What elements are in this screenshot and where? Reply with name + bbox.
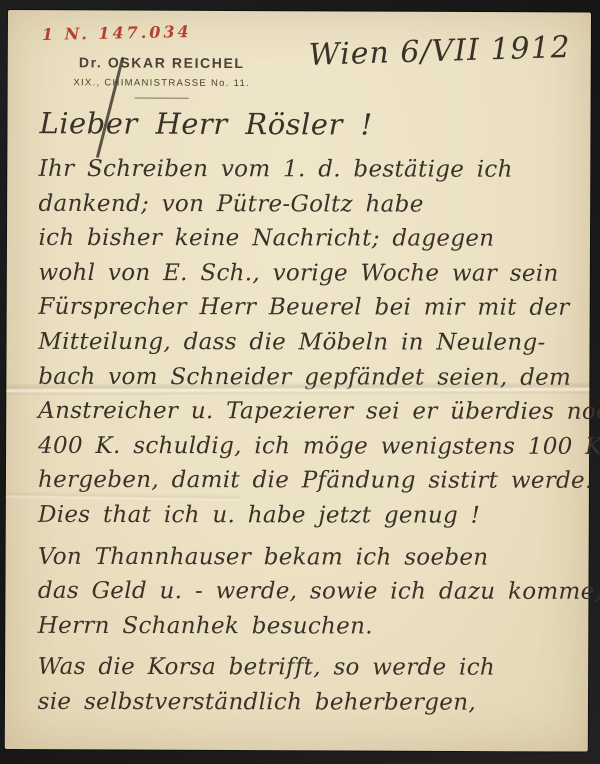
handwritten-line: Anstreicher u. Tapezierer sei er überdie… [38, 394, 590, 430]
handwritten-line: ich bisher keine Nachricht; dagegen [38, 221, 590, 257]
letterhead-rule [135, 98, 189, 99]
handwritten-line: Fürsprecher Herr Beuerel bei mir mit der [38, 290, 590, 326]
letter-body: Ihr Schreiben vom 1. d. bestätige ich da… [38, 152, 591, 720]
paragraph-2: Von Thannhauser bekam ich soeben das Gel… [38, 539, 590, 644]
handwritten-line: sie selbstverständlich beherbergen, [38, 685, 590, 721]
handwritten-line: wohl von E. Sch., vorige Woche war sein [38, 256, 590, 292]
handwritten-line: Mitteilung, dass die Möbeln in Neuleng- [38, 325, 590, 361]
handwritten-line: Ihr Schreiben vom 1. d. bestätige ich [39, 152, 591, 188]
handwritten-line: Dies that ich u. habe jetzt genug ! [38, 498, 590, 534]
inventory-number: 1 N. 147.034 [42, 22, 192, 44]
paragraph-1: Ihr Schreiben vom 1. d. bestätige ich da… [38, 152, 591, 533]
handwritten-line: 400 K. schuldig, ich möge wenigstens 100… [38, 429, 590, 465]
fold-crease [6, 382, 589, 397]
letterhead: Dr. OSKAR REICHEL XIX., CHIMANISTRASSE N… [62, 54, 262, 99]
handwritten-line: Was die Korsa betrifft, so werde ich [38, 650, 590, 686]
handwritten-line: dankend; von Pütre-Goltz habe [39, 186, 591, 222]
date-line: Wien 6/VII 1912 [308, 30, 571, 73]
handwritten-line: Herrn Schanhek besuchen. [38, 609, 590, 645]
letter-paper: 1 N. 147.034 Dr. OSKAR REICHEL XIX., CHI… [5, 10, 591, 752]
letterhead-name: Dr. OSKAR REICHEL [62, 54, 262, 71]
handwritten-line: das Geld u. - werde, sowie ich dazu komm… [38, 574, 590, 610]
letterhead-address: XIX., CHIMANISTRASSE No. 11. [62, 77, 262, 89]
paragraph-3: Was die Korsa betrifft, so werde ich sie… [38, 650, 590, 720]
handwritten-line: Von Thannhauser bekam ich soeben [38, 539, 590, 575]
salutation: Lieber Herr Rösler ! [39, 106, 372, 141]
